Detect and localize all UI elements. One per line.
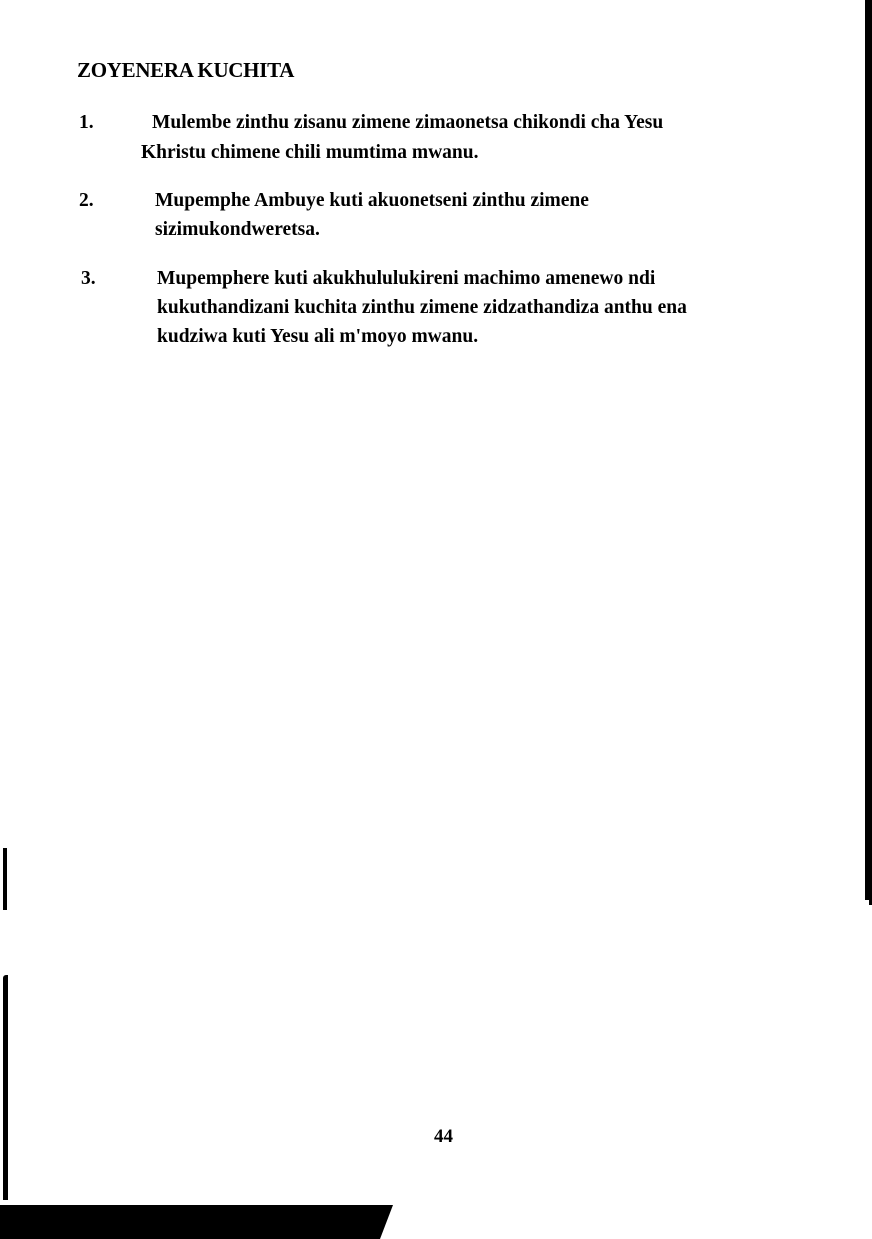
item-text-line: Mupemphere kuti akukhululukireni machimo… bbox=[157, 264, 655, 294]
scan-edge-left-bar bbox=[3, 975, 8, 1200]
section-heading: ZOYENERA KUCHITA bbox=[77, 58, 294, 83]
document-page: ZOYENERA KUCHITA 1. Mulembe zinthu zisan… bbox=[0, 0, 872, 1239]
item-number: 1. bbox=[79, 108, 94, 138]
item-text-line: kukuthandizani kuchita zinthu zimene zid… bbox=[157, 293, 687, 323]
item-text-line: kudziwa kuti Yesu ali m'moyo mwanu. bbox=[157, 322, 478, 352]
scan-edge-bottom bbox=[0, 1205, 380, 1239]
item-text-line: sizimukondweretsa. bbox=[155, 215, 320, 245]
item-text-line: Mulembe zinthu zisanu zimene zimaonetsa … bbox=[152, 108, 663, 138]
item-number: 3. bbox=[81, 264, 96, 294]
scan-edge-left-mark bbox=[3, 848, 7, 910]
item-number: 2. bbox=[79, 186, 94, 216]
scan-edge-right bbox=[865, 0, 872, 900]
page-number: 44 bbox=[434, 1126, 453, 1148]
scan-edge-bottom-slant bbox=[380, 1205, 393, 1239]
item-text-line: Mupemphe Ambuye kuti akuonetseni zinthu … bbox=[155, 186, 589, 216]
item-text-line: Khristu chimene chili mumtima mwanu. bbox=[141, 138, 478, 168]
